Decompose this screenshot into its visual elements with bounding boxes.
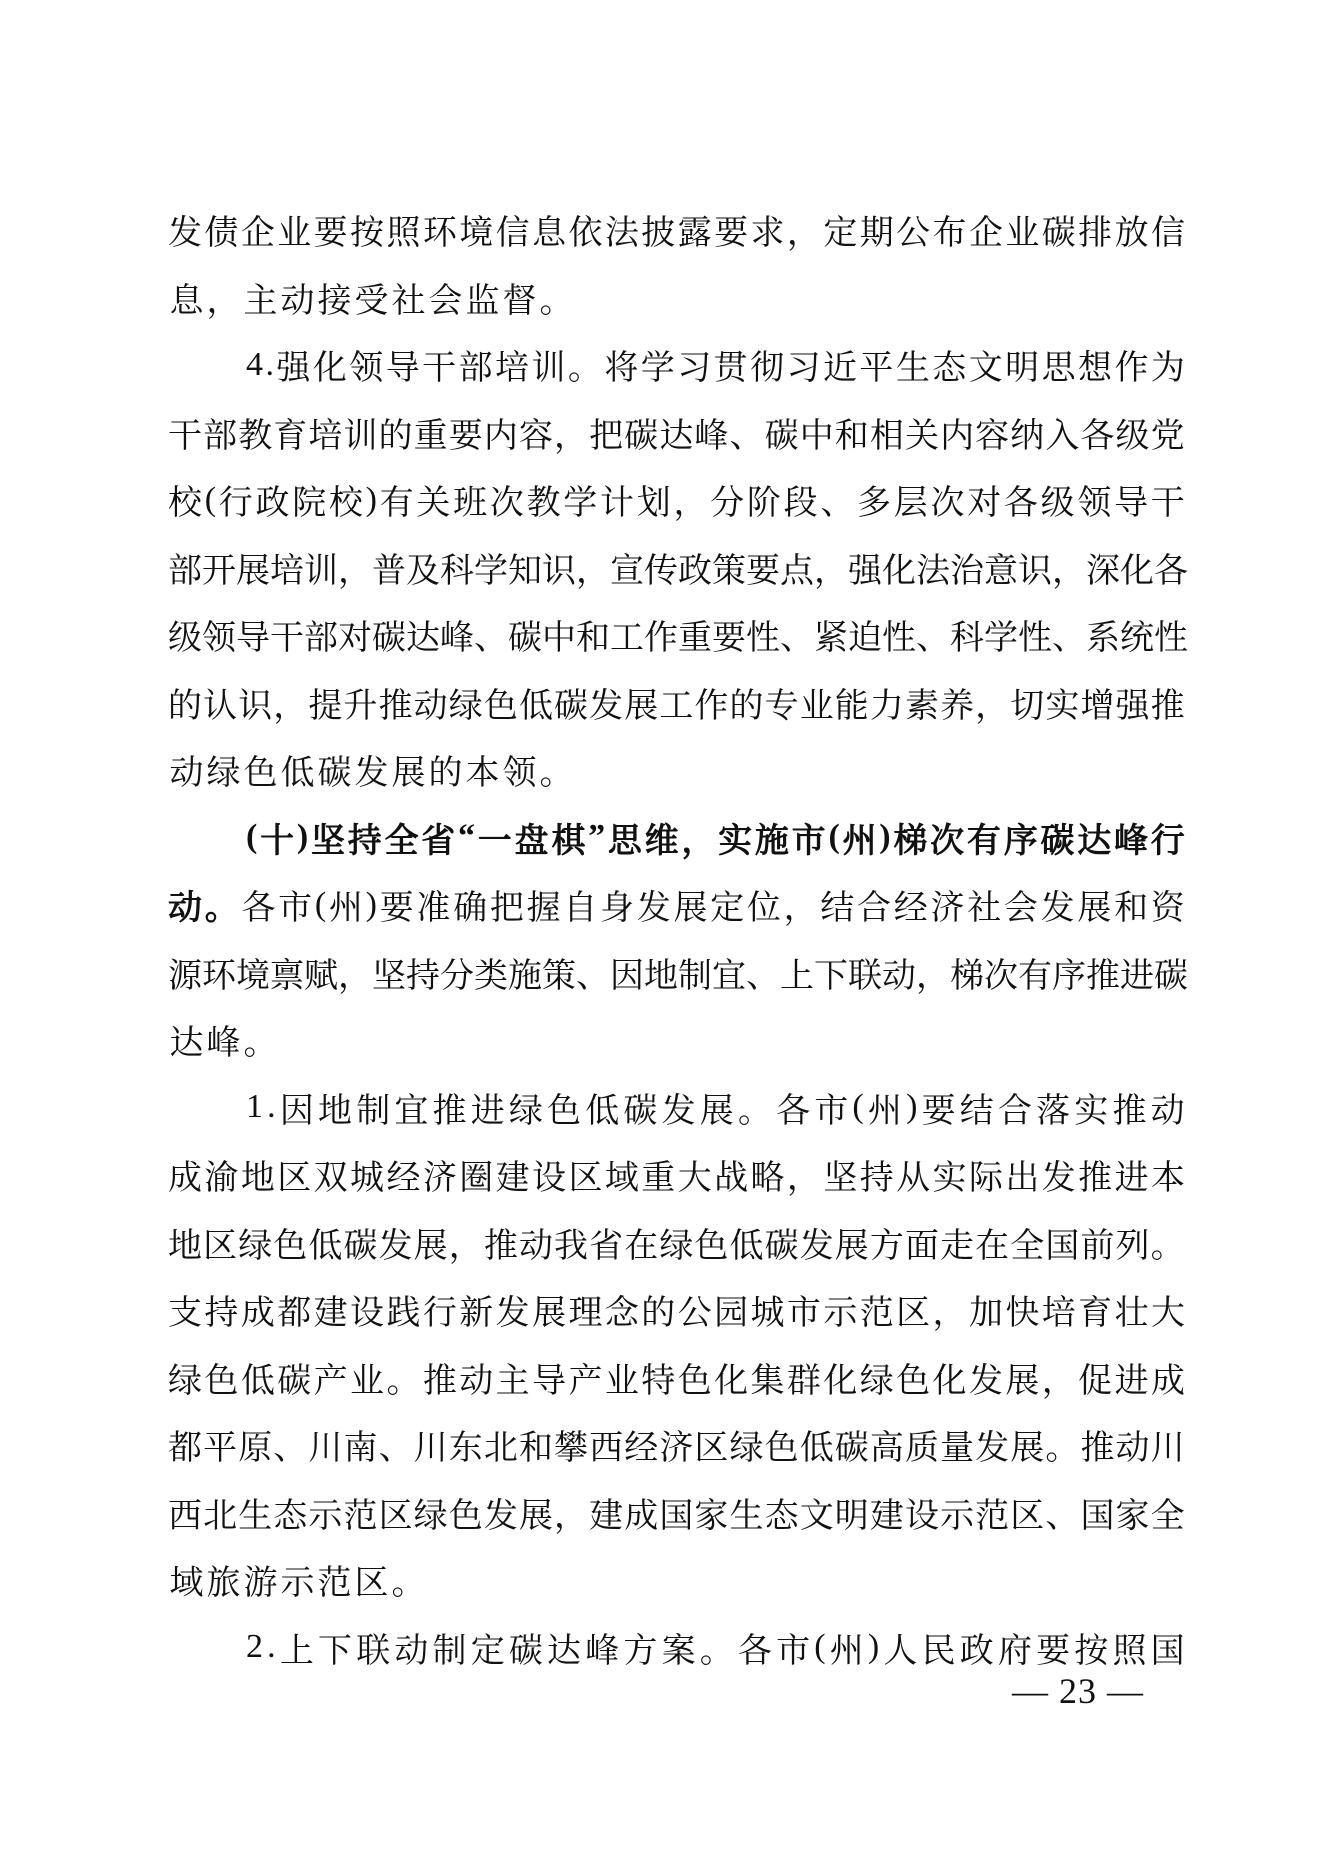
text-line-3: 4.强化领导干部培训。将学习贯彻习近平生态文明思想作为 xyxy=(168,331,1185,399)
text-line-8: 的认识，提升推动绿色低碳发展工作的专业能力素养，切实增强推 xyxy=(168,669,1185,737)
text-line-17: 支持成都建设践行新发展理念的公园城市示范区，加快培育壮大 xyxy=(168,1276,1185,1344)
page-number: — 23 — xyxy=(1012,1657,1144,1724)
text-line-5: 校(行政院校)有关班次教学计划，分阶段、多层次对各级领导干 xyxy=(168,466,1185,534)
text-line-7: 级领导干部对碳达峰、碳中和工作重要性、紧迫性、科学性、系统性 xyxy=(168,601,1185,669)
text-line-9: 动绿色低碳发展的本领。 xyxy=(168,736,1185,804)
text-line-2: 息，主动接受社会监督。 xyxy=(168,264,1185,332)
text-line-11: 动。各市(州)要准确把握自身发展定位，结合经济社会发展和资 xyxy=(168,871,1185,939)
document-page: 发债企业要按照环境信息依法披露要求，定期公布企业碳排放信 息，主动接受社会监督。… xyxy=(0,0,1323,1871)
text-line-20: 西北生态示范区绿色发展，建成国家生态文明建设示范区、国家全 xyxy=(168,1479,1185,1547)
text-line-6: 部开展培训，普及科学知识，宣传政策要点，强化法治意识，深化各 xyxy=(168,534,1185,602)
text-line-12: 源环境禀赋，坚持分类施策、因地制宜、上下联动，梯次有序推进碳 xyxy=(168,939,1185,1007)
text-line-16: 地区绿色低碳发展，推动我省在绿色低碳发展方面走在全国前列。 xyxy=(168,1209,1185,1277)
text-line-21: 域旅游示范区。 xyxy=(168,1546,1185,1614)
text-line-15: 成渝地区双城经济圈建设区域重大战略，坚持从实际出发推进本 xyxy=(168,1141,1185,1209)
text-line-1: 发债企业要按照环境信息依法披露要求，定期公布企业碳排放信 xyxy=(168,196,1185,264)
text-line-13: 达峰。 xyxy=(168,1006,1185,1074)
text-line-18: 绿色低碳产业。推动主导产业特色化集群化绿色化发展，促进成 xyxy=(168,1344,1185,1412)
text-line-19: 都平原、川南、川东北和攀西经济区绿色低碳高质量发展。推动川 xyxy=(168,1411,1185,1479)
text-line-14: 1.因地制宜推进绿色低碳发展。各市(州)要结合落实推动 xyxy=(168,1074,1185,1142)
text-line-10-section-heading: (十)坚持全省“一盘棋”思维，实施市(州)梯次有序碳达峰行 xyxy=(168,804,1185,872)
document-body: 发债企业要按照环境信息依法披露要求，定期公布企业碳排放信 息，主动接受社会监督。… xyxy=(168,196,1185,1681)
text-line-4: 干部教育培训的重要内容，把碳达峰、碳中和相关内容纳入各级党 xyxy=(168,399,1185,467)
